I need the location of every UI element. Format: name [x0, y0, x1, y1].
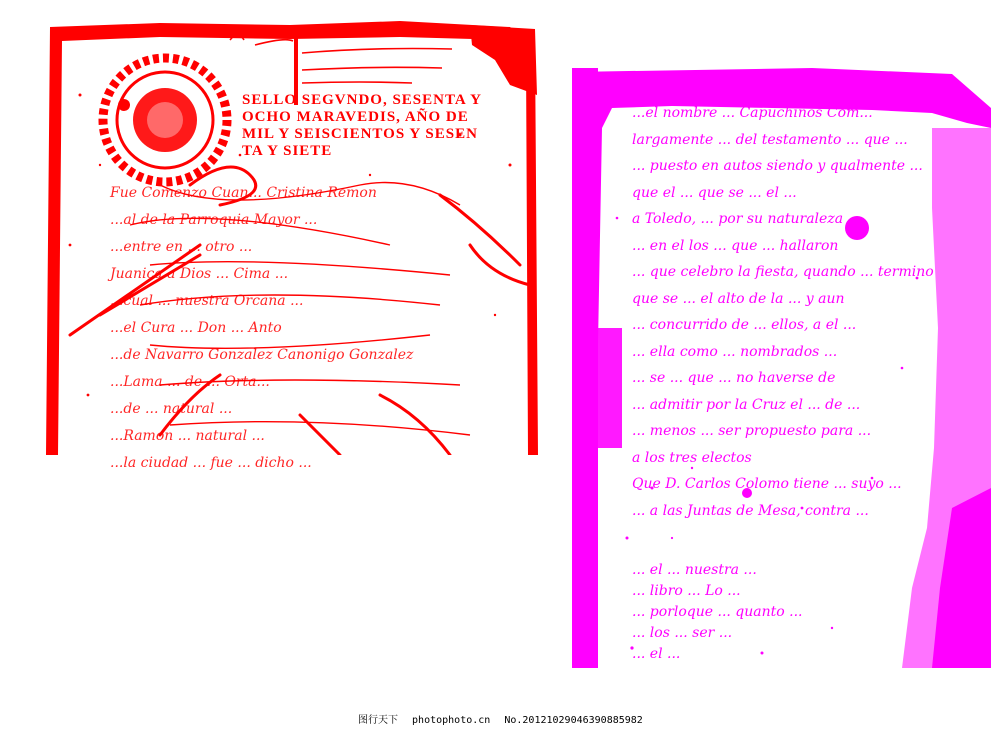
- handwriting-line: ... ella como ... nombrados ...: [632, 339, 934, 366]
- handwriting-line: ...al de la Parroquia Mayor ...: [110, 207, 413, 234]
- handwriting-line: ...Lama ... de ... Orta...: [110, 369, 413, 396]
- handwriting-line: ...de ... natural ...: [110, 396, 413, 423]
- handwriting-line: ... porloque ... quanto ...: [632, 602, 803, 623]
- red-handwriting: Fue Comenzo Cuan... Cristina Remon ...al…: [110, 180, 413, 477]
- handwriting-line: a Toledo, ... por su naturaleza ...: [632, 206, 934, 233]
- handwriting-line: ...Ramon ... natural ...: [110, 423, 413, 450]
- handwriting-line: a los tres electos: [632, 445, 934, 472]
- handwriting-line: ...cual ... nuestra Orcana ...: [110, 288, 413, 315]
- handwriting-line: ...entre en ... otro ...: [110, 234, 413, 261]
- handwriting-line: ...la ciudad ... fue ... dicho ...: [110, 450, 413, 477]
- handwriting-line: ... puesto en autos siendo y qualmente .…: [632, 153, 934, 180]
- magenta-manuscript: ...el nombre ... Capuchinos Com... larga…: [572, 68, 991, 668]
- magenta-handwriting: ...el nombre ... Capuchinos Com... larga…: [632, 100, 934, 524]
- handwriting-line: ...el nombre ... Capuchinos Com...: [632, 100, 934, 127]
- handwriting-line: ... los ... ser ...: [632, 623, 803, 644]
- handwriting-line: Juanica a Dios ... Cima ...: [110, 261, 413, 288]
- magenta-handwriting-bottom: ... el ... nuestra ... ... libro ... Lo …: [632, 560, 803, 665]
- watermark-image-number: No.20121029046390885982: [504, 715, 642, 726]
- handwriting-line: ... menos ... ser propuesto para ...: [632, 418, 934, 445]
- stamp-line: MIL Y SEISCIENTOS Y SESEN: [242, 126, 532, 143]
- handwriting-line: ... admitir por la Cruz el ... de ...: [632, 392, 934, 419]
- handwriting-line: ... se ... que ... no haverse de: [632, 365, 934, 392]
- handwriting-line: ...de Navarro Gonzalez Canonigo Gonzalez: [110, 342, 413, 369]
- stamp-text: SELLO SEGVNDO, SESENTA Y OCHO MARAVEDIS,…: [242, 92, 532, 160]
- handwriting-line: ... a las Juntas de Mesa, contra ...: [632, 498, 934, 525]
- seal-icon: [103, 58, 227, 182]
- handwriting-line: ... libro ... Lo ...: [632, 581, 803, 602]
- stamp-line: OCHO MARAVEDIS, AÑO DE: [242, 109, 532, 126]
- watermark-site-name: 图行天下: [358, 715, 398, 726]
- handwriting-line: ... que celebro la fiesta, quando ... te…: [632, 259, 934, 286]
- handwriting-line: largamente ... del testamento ... que ..…: [632, 127, 934, 154]
- stamp-line: TA Y SIETE: [242, 143, 532, 160]
- red-manuscript: SELLO SEGVNDO, SESENTA Y OCHO MARAVEDIS,…: [40, 15, 540, 455]
- watermark-site-url: photophoto.cn: [412, 715, 490, 726]
- watermark: 图行天下 photophoto.cn No.201210290463908859…: [358, 711, 651, 726]
- handwriting-line: ...el Cura ... Don ... Anto: [110, 315, 413, 342]
- handwriting-line: que se ... el alto de la ... y aun: [632, 286, 934, 313]
- handwriting-line: que el ... que se ... el ...: [632, 180, 934, 207]
- stamp-line: SELLO SEGVNDO, SESENTA Y: [242, 92, 532, 109]
- handwriting-line: ... el ...: [632, 644, 803, 665]
- handwriting-line: ... concurrido de ... ellos, a el ...: [632, 312, 934, 339]
- handwriting-line: Que D. Carlos Colomo tiene ... suyo ...: [632, 471, 934, 498]
- handwriting-line: Fue Comenzo Cuan... Cristina Remon: [110, 180, 413, 207]
- handwriting-line: ... en el los ... que ... hallaron: [632, 233, 934, 260]
- handwriting-line: ... el ... nuestra ...: [632, 560, 803, 581]
